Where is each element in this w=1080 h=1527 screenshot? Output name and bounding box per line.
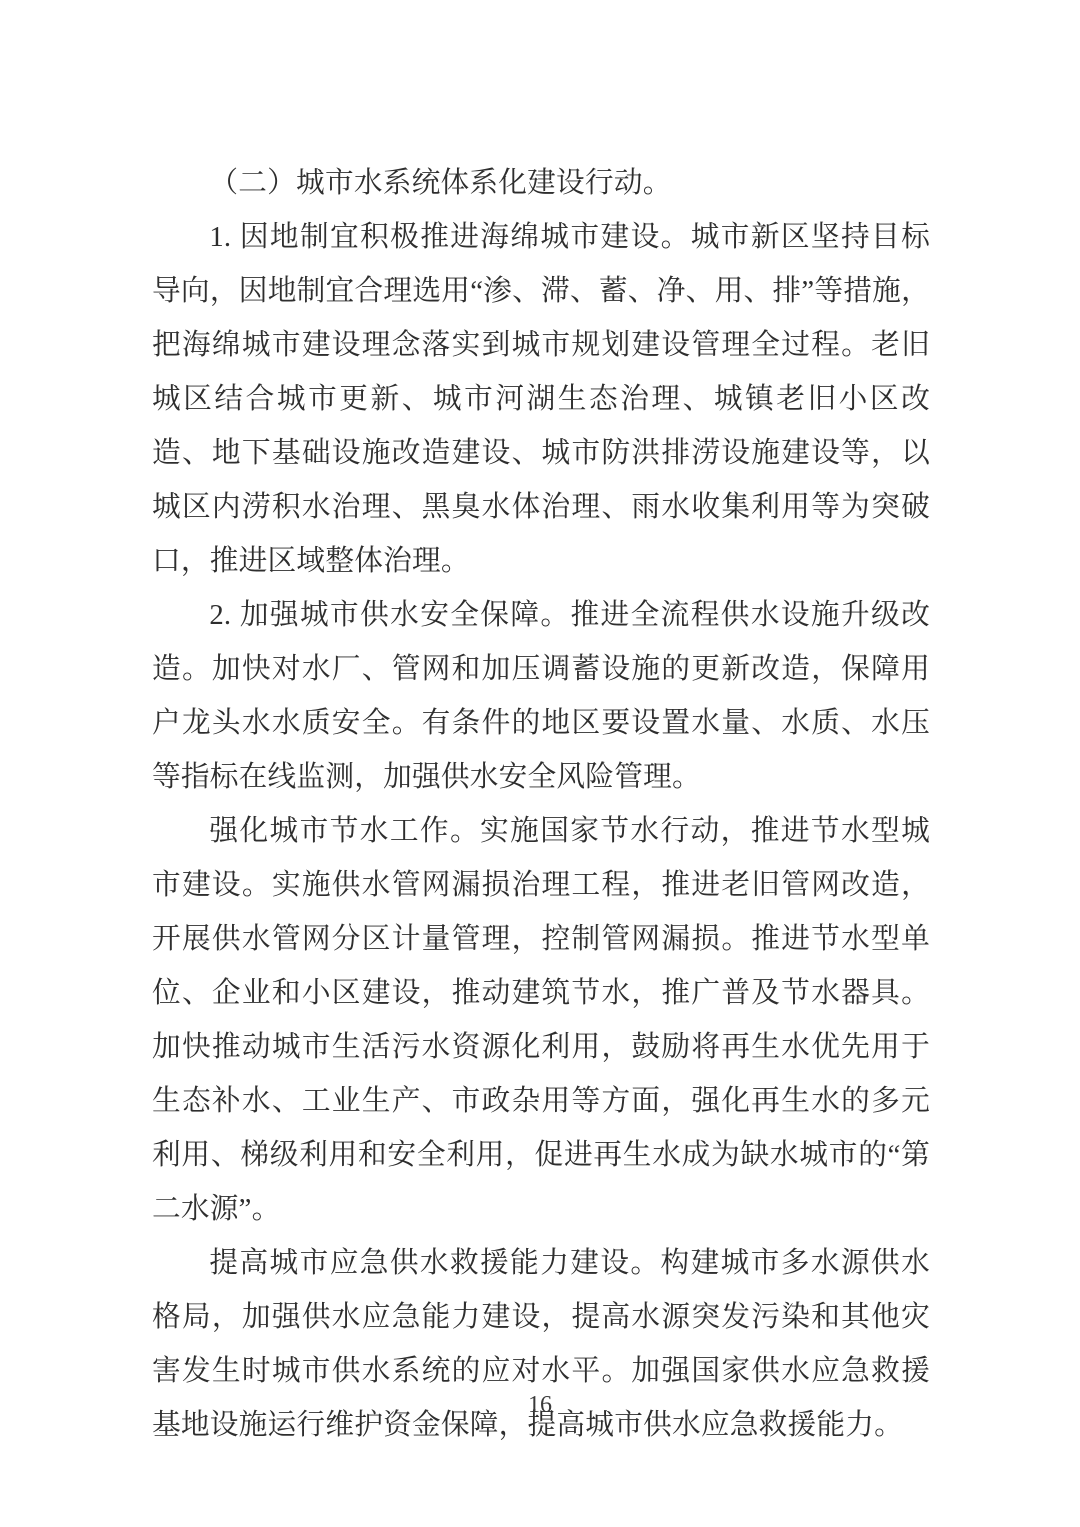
body-paragraph: 1. 因地制宜积极推进海绵城市建设。城市新区坚持目标导向，因地制宜合理选用“渗、…	[152, 210, 930, 588]
page-number: 16	[0, 1392, 1080, 1419]
body-paragraph: 强化城市节水工作。实施国家节水行动，推进节水型城市建设。实施供水管网漏损治理工程…	[152, 804, 930, 1236]
section-heading: （二）城市水系统体系化建设行动。	[152, 156, 930, 210]
document-body: （二）城市水系统体系化建设行动。 1. 因地制宜积极推进海绵城市建设。城市新区坚…	[152, 156, 930, 1452]
document-page: （二）城市水系统体系化建设行动。 1. 因地制宜积极推进海绵城市建设。城市新区坚…	[0, 0, 1080, 1527]
body-paragraph: 2. 加强城市供水安全保障。推进全流程供水设施升级改造。加快对水厂、管网和加压调…	[152, 588, 930, 804]
body-paragraph: 提高城市应急供水救援能力建设。构建城市多水源供水格局，加强供水应急能力建设，提高…	[152, 1236, 930, 1452]
